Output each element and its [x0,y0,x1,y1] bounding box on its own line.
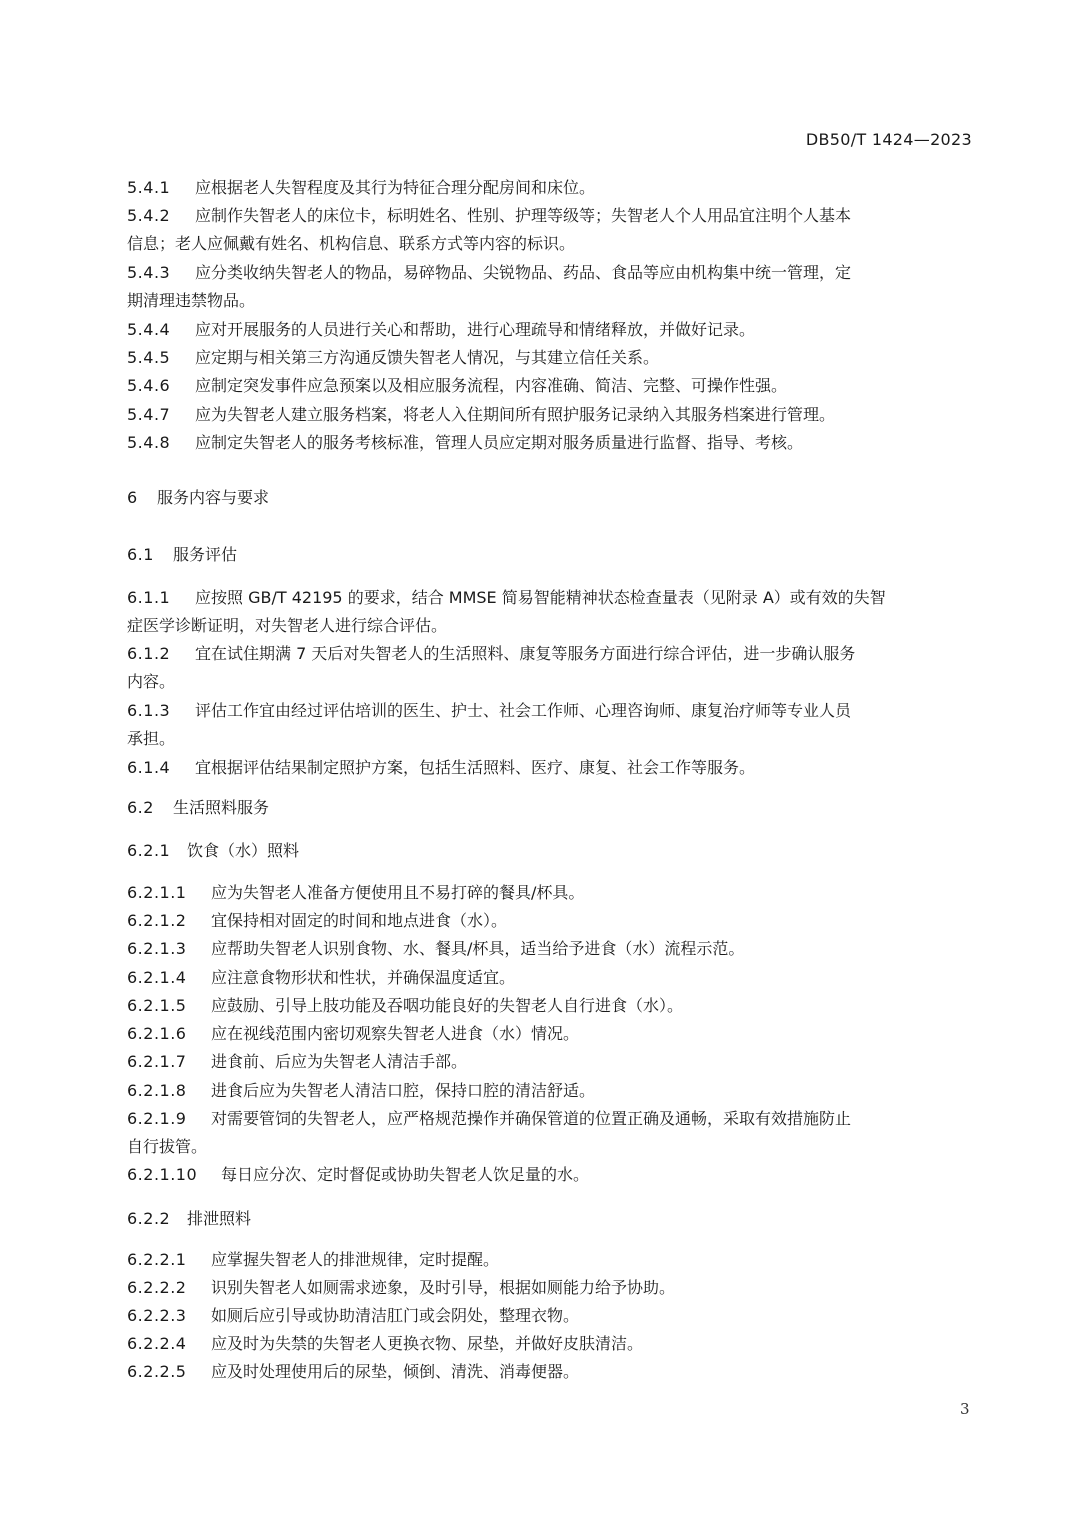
clause-text: 宜保持相对固定的时间和地点进食（水）。 [211,911,507,930]
clause-number: 5.4.6 [127,376,195,396]
clause-text: 对需要管饲的失智老人，应严格规范操作并确保管道的位置正确及通畅，采取有效措施防止 [211,1109,851,1128]
clause-6-2-2-3: 6.2.2.3如厕后应引导或协助清洁肛门或会阴处，整理衣物。 [127,1306,579,1326]
clause-text: 应鼓励、引导上肢功能及吞咽功能良好的失智老人自行进食（水）。 [211,996,683,1015]
clause-number: 6.2.1.1 [127,883,211,903]
section-number: 6.2 [127,798,173,818]
clause-6-2-1-6: 6.2.1.6应在视线范围内密切观察失智老人进食（水）情况。 [127,1024,579,1044]
clause-text: 如厕后应引导或协助清洁肛门或会阴处，整理衣物。 [211,1306,579,1325]
clause-number: 6.2.1.5 [127,996,211,1016]
clause-text: 应及时为失禁的失智老人更换衣物、尿垫，并做好皮肤清洁。 [211,1334,643,1353]
clause-number: 5.4.8 [127,433,195,453]
clause-5-4-5: 5.4.5应定期与相关第三方沟通反馈失智老人情况，与其建立信任关系。 [127,348,659,368]
clause-6-2-1-7: 6.2.1.7进食前、后应为失智老人清洁手部。 [127,1052,467,1072]
chapter-6-heading: 6服务内容与要求 [127,488,269,508]
clause-6-1-1-cont: 症医学诊断证明，对失智老人进行综合评估。 [127,616,447,636]
clause-number: 6.2.1.9 [127,1109,211,1129]
clause-5-4-7: 5.4.7应为失智老人建立服务档案，将老人入住期间所有照护服务记录纳入其服务档案… [127,405,835,425]
clause-6-2-1-3: 6.2.1.3应帮助失智老人识别食物、水、餐具/杯具，适当给予进食（水）流程示范… [127,939,744,959]
section-6-1-heading: 6.1服务评估 [127,545,237,565]
subsection-number: 6.2.2 [127,1209,187,1229]
clause-text: 宜根据评估结果制定照护方案，包括生活照料、医疗、康复、社会工作等服务。 [195,758,755,777]
clause-number: 6.2.2.5 [127,1362,211,1382]
section-number: 6.1 [127,545,173,565]
subsection-number: 6.2.1 [127,841,187,861]
clause-6-2-1-9-cont: 自行拔管。 [127,1137,207,1157]
clause-6-2-1-8: 6.2.1.8进食后应为失智老人清洁口腔，保持口腔的清洁舒适。 [127,1081,595,1101]
section-title: 服务评估 [173,545,237,564]
subsection-6-2-1-heading: 6.2.1饮食（水）照料 [127,841,299,861]
clause-number: 6.1.3 [127,701,195,721]
clause-5-4-3-cont: 期清理违禁物品。 [127,291,255,311]
clause-number: 6.2.1.6 [127,1024,211,1044]
chapter-number: 6 [127,488,157,508]
section-6-2-heading: 6.2生活照料服务 [127,798,269,818]
clause-text: 应分类收纳失智老人的物品，易碎物品、尖锐物品、药品、食品等应由机构集中统一管理，… [195,263,851,282]
clause-number: 6.2.1.10 [127,1165,221,1185]
clause-5-4-4: 5.4.4应对开展服务的人员进行关心和帮助，进行心理疏导和情绪释放，并做好记录。 [127,320,755,340]
clause-number: 6.2.2.3 [127,1306,211,1326]
clause-number: 6.2.1.7 [127,1052,211,1072]
clause-6-2-2-4: 6.2.2.4应及时为失禁的失智老人更换衣物、尿垫，并做好皮肤清洁。 [127,1334,643,1354]
chapter-title: 服务内容与要求 [157,488,269,507]
clause-text: 应制定失智老人的服务考核标准，管理人员应定期对服务质量进行监督、指导、考核。 [195,433,803,452]
clause-6-2-1-5: 6.2.1.5应鼓励、引导上肢功能及吞咽功能良好的失智老人自行进食（水）。 [127,996,683,1016]
clause-6-1-2: 6.1.2宜在试住期满 7 天后对失智老人的生活照料、康复等服务方面进行综合评估… [127,644,855,664]
clause-text: 宜在试住期满 7 天后对失智老人的生活照料、康复等服务方面进行综合评估，进一步确… [195,644,855,663]
subsection-title: 饮食（水）照料 [187,841,299,860]
clause-text: 应注意食物形状和性状，并确保温度适宜。 [211,968,515,987]
standard-code-header: DB50/T 1424—2023 [806,130,972,149]
section-title: 生活照料服务 [173,798,269,817]
clause-text: 应按照 GB/T 42195 的要求，结合 MMSE 简易智能精神状态检查量表（… [195,588,886,607]
clause-text: 应为失智老人建立服务档案，将老人入住期间所有照护服务记录纳入其服务档案进行管理。 [195,405,835,424]
clause-number: 6.2.2.4 [127,1334,211,1354]
clause-number: 6.2.2.2 [127,1278,211,1298]
clause-number: 6.1.1 [127,588,195,608]
clause-6-2-2-5: 6.2.2.5应及时处理使用后的尿垫，倾倒、清洗、消毒便器。 [127,1362,579,1382]
subsection-title: 排泄照料 [187,1209,251,1228]
clause-6-1-3-cont: 承担。 [127,729,175,749]
clause-number: 6.2.1.2 [127,911,211,931]
clause-text: 应及时处理使用后的尿垫，倾倒、清洗、消毒便器。 [211,1362,579,1381]
clause-text: 应为失智老人准备方便使用且不易打碎的餐具/杯具。 [211,883,584,902]
clause-5-4-2-cont: 信息；老人应佩戴有姓名、机构信息、联系方式等内容的标识。 [127,234,575,254]
clause-text: 识别失智老人如厕需求迹象，及时引导，根据如厕能力给予协助。 [211,1278,675,1297]
clause-6-2-1-10: 6.2.1.10每日应分次、定时督促或协助失智老人饮足量的水。 [127,1165,589,1185]
clause-5-4-8: 5.4.8应制定失智老人的服务考核标准，管理人员应定期对服务质量进行监督、指导、… [127,433,803,453]
clause-number: 6.1.2 [127,644,195,664]
clause-5-4-2: 5.4.2应制作失智老人的床位卡，标明姓名、性别、护理等级等；失智老人个人用品宜… [127,206,851,226]
clause-text: 应制定突发事件应急预案以及相应服务流程，内容准确、简洁、完整、可操作性强。 [195,376,787,395]
clause-6-1-3: 6.1.3评估工作宜由经过评估培训的医生、护士、社会工作师、心理咨询师、康复治疗… [127,701,851,721]
clause-text: 应根据老人失智程度及其行为特征合理分配房间和床位。 [195,178,595,197]
clause-6-2-1-9: 6.2.1.9对需要管饲的失智老人，应严格规范操作并确保管道的位置正确及通畅，采… [127,1109,851,1129]
clause-text: 每日应分次、定时督促或协助失智老人饮足量的水。 [221,1165,589,1184]
clause-6-2-2-1: 6.2.2.1应掌握失智老人的排泄规律，定时提醒。 [127,1250,499,1270]
document-page: DB50/T 1424—2023 5.4.1应根据老人失智程度及其行为特征合理分… [0,0,1074,1520]
clause-number: 6.2.1.3 [127,939,211,959]
clause-text: 应制作失智老人的床位卡，标明姓名、性别、护理等级等；失智老人个人用品宜注明个人基… [195,206,851,225]
clause-number: 6.1.4 [127,758,195,778]
clause-text: 进食前、后应为失智老人清洁手部。 [211,1052,467,1071]
clause-number: 5.4.2 [127,206,195,226]
clause-text: 应掌握失智老人的排泄规律，定时提醒。 [211,1250,499,1269]
clause-6-1-4: 6.1.4宜根据评估结果制定照护方案，包括生活照料、医疗、康复、社会工作等服务。 [127,758,755,778]
clause-6-2-1-2: 6.2.1.2宜保持相对固定的时间和地点进食（水）。 [127,911,507,931]
clause-text: 应在视线范围内密切观察失智老人进食（水）情况。 [211,1024,579,1043]
clause-number: 5.4.1 [127,178,195,198]
clause-6-2-1-4: 6.2.1.4应注意食物形状和性状，并确保温度适宜。 [127,968,515,988]
clause-number: 6.2.1.8 [127,1081,211,1101]
clause-text: 应帮助失智老人识别食物、水、餐具/杯具，适当给予进食（水）流程示范。 [211,939,744,958]
clause-6-2-2-2: 6.2.2.2识别失智老人如厕需求迹象，及时引导，根据如厕能力给予协助。 [127,1278,675,1298]
clause-number: 5.4.4 [127,320,195,340]
clause-text: 评估工作宜由经过评估培训的医生、护士、社会工作师、心理咨询师、康复治疗师等专业人… [195,701,851,720]
clause-number: 5.4.3 [127,263,195,283]
clause-text: 应定期与相关第三方沟通反馈失智老人情况，与其建立信任关系。 [195,348,659,367]
clause-5-4-1: 5.4.1应根据老人失智程度及其行为特征合理分配房间和床位。 [127,178,595,198]
clause-6-1-2-cont: 内容。 [127,672,175,692]
subsection-6-2-2-heading: 6.2.2排泄照料 [127,1209,251,1229]
clause-number: 6.2.1.4 [127,968,211,988]
clause-6-1-1: 6.1.1应按照 GB/T 42195 的要求，结合 MMSE 简易智能精神状态… [127,588,886,608]
clause-5-4-6: 5.4.6应制定突发事件应急预案以及相应服务流程，内容准确、简洁、完整、可操作性… [127,376,787,396]
clause-number: 6.2.2.1 [127,1250,211,1270]
clause-5-4-3: 5.4.3应分类收纳失智老人的物品，易碎物品、尖锐物品、药品、食品等应由机构集中… [127,263,851,283]
page-number: 3 [960,1400,970,1418]
clause-6-2-1-1: 6.2.1.1应为失智老人准备方便使用且不易打碎的餐具/杯具。 [127,883,584,903]
clause-text: 进食后应为失智老人清洁口腔，保持口腔的清洁舒适。 [211,1081,595,1100]
clause-number: 5.4.5 [127,348,195,368]
clause-number: 5.4.7 [127,405,195,425]
clause-text: 应对开展服务的人员进行关心和帮助，进行心理疏导和情绪释放，并做好记录。 [195,320,755,339]
